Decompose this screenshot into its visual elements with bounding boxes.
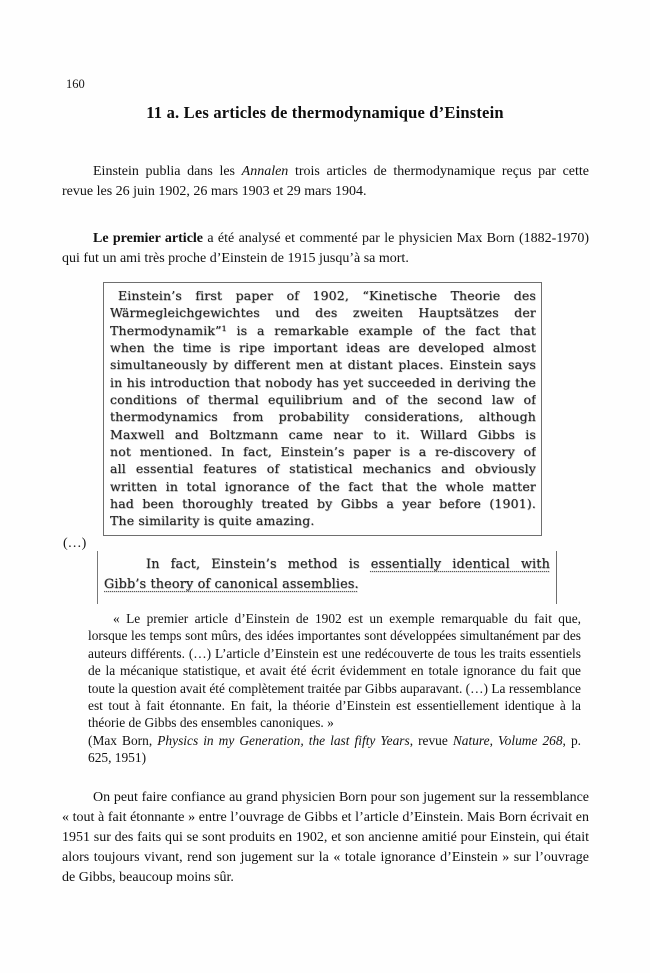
work-title-italic: Physics in my Generation, the last fifty… bbox=[157, 733, 409, 748]
quote-attribution: (Max Born, Physics in my Generation, the… bbox=[88, 732, 581, 767]
journal-name-italic: Nature bbox=[453, 733, 490, 748]
bold-lead-run: Le premier article bbox=[93, 231, 203, 246]
scan-line: Thermodynamik”¹ is a remarkable example … bbox=[110, 322, 536, 339]
scan-line: Wärmegleichgewichtes und des zweiten Hau… bbox=[110, 304, 536, 321]
text-run: (Max Born, bbox=[88, 733, 157, 748]
journal-name-italic: Annalen bbox=[242, 164, 289, 179]
french-translation-quote: « Le premier article d’Einstein de 1902 … bbox=[88, 610, 581, 767]
scan-line: Gibb’s theory of canonical assemblies. bbox=[104, 575, 550, 595]
book-page: 160 11 a. Les articles de thermodynamiqu… bbox=[0, 0, 650, 973]
quote-text: « Le premier article d’Einstein de 1902 … bbox=[88, 610, 581, 732]
underlined-run: essentially identical with bbox=[371, 557, 550, 572]
scan-line: when the time is ripe important ideas ar… bbox=[110, 339, 536, 356]
text-run: In fact, Einstein’s method is bbox=[146, 557, 371, 572]
paragraph-conclusion: On peut faire confiance au grand physici… bbox=[62, 788, 589, 888]
chapter-title: 11 a. Les articles de thermodynamique d’… bbox=[0, 103, 650, 123]
scanned-excerpt-born-2: In fact, Einstein’s method is essentiall… bbox=[97, 551, 557, 604]
scan-line: had been thoroughly treated by Gibbs a y… bbox=[110, 495, 536, 512]
scan-line: Maxwell and Boltzmann came near to it. W… bbox=[110, 426, 536, 443]
ellipsis-separator: (…) bbox=[63, 536, 86, 552]
scan-line: simultaneously by different men at dista… bbox=[110, 356, 536, 373]
scan-line: conditions of thermal equilibrium and of… bbox=[110, 391, 536, 408]
scanned-excerpt-born-1: Einstein’s first paper of 1902, “Kinetis… bbox=[103, 282, 542, 536]
paragraph-intro: Einstein publia dans les Annalen trois a… bbox=[62, 162, 589, 202]
text-run: Einstein publia dans les bbox=[93, 164, 242, 179]
volume-italic: Volume 268 bbox=[498, 733, 563, 748]
scan-line: thermodynamics from probability consider… bbox=[110, 408, 536, 425]
underlined-run: Gibb’s theory of canonical assemblies. bbox=[104, 577, 359, 592]
paragraph-first-article: Le premier article a été analysé et comm… bbox=[62, 229, 589, 269]
text-run: , revue bbox=[410, 733, 453, 748]
scan-line: In fact, Einstein’s method is essentiall… bbox=[104, 555, 550, 575]
scan-line: written in total ignorance of the fact t… bbox=[110, 478, 536, 495]
scan-line: in his introduction that nobody has yet … bbox=[110, 374, 536, 391]
scan-line: not mentioned. In fact, Einstein’s paper… bbox=[110, 443, 536, 460]
scan-line: Einstein’s first paper of 1902, “Kinetis… bbox=[110, 287, 536, 304]
text-run: , bbox=[490, 733, 498, 748]
scan-line: all essential features of statistical me… bbox=[110, 460, 536, 477]
scan-line: The similarity is quite amazing. bbox=[110, 512, 536, 529]
page-number: 160 bbox=[66, 77, 85, 92]
